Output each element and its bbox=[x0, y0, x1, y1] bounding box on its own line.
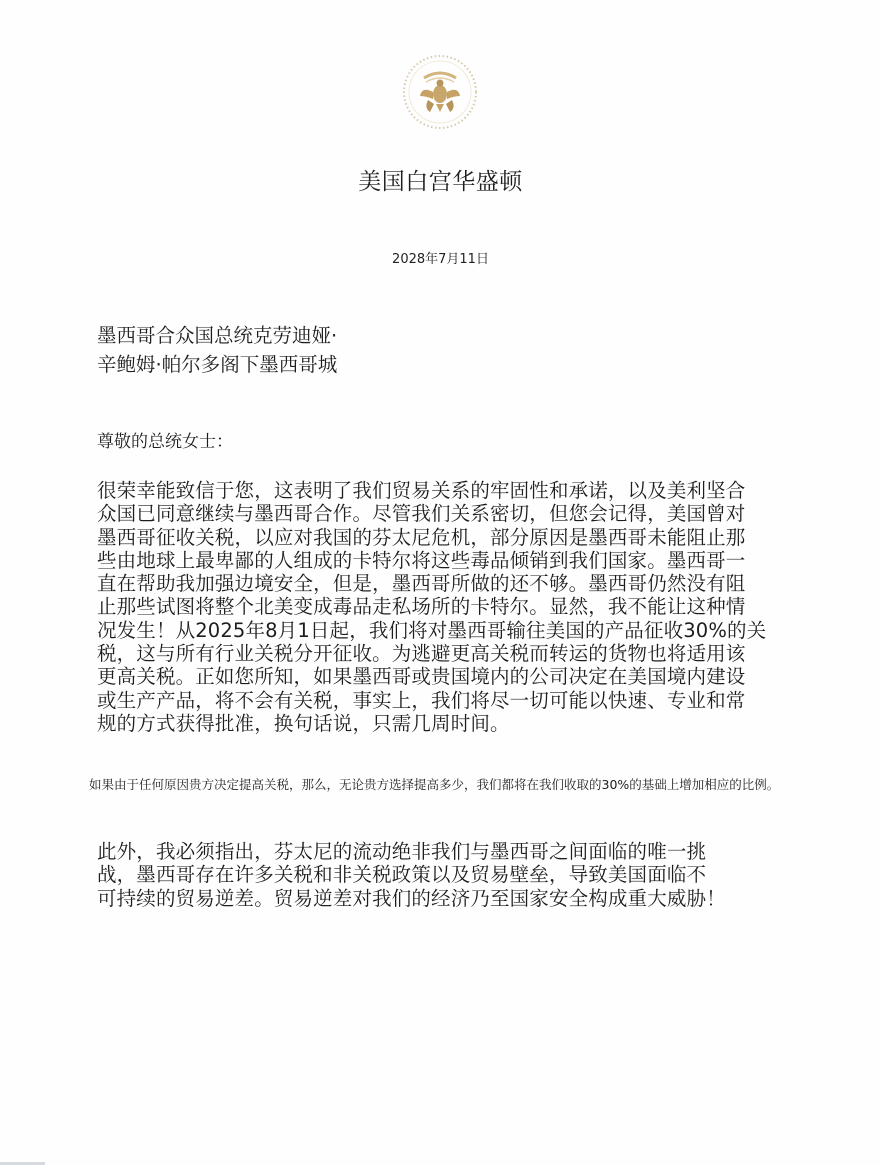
presidential-seal-icon bbox=[400, 52, 480, 132]
body-paragraph-1: 很荣幸能致信于您，这表明了我们贸易关系的牢固性和承诺，以及美利坚合 众国已同意继… bbox=[97, 479, 809, 735]
paragraph-line: 况发生！从2025年8月1日起，我们将对墨西哥输往美国的产品征收30%的关 bbox=[97, 619, 809, 642]
paragraph-line: 可持续的贸易逆差。贸易逆差对我们的经济乃至国家安全构成重大威胁！ bbox=[97, 887, 809, 910]
paragraph-line: 止那些试图将整个北美变成毒品走私场所的卡特尔。显然，我不能让这种情 bbox=[97, 595, 809, 618]
paragraph-line: 众国已同意继续与墨西哥合作。尽管我们关系密切，但您会记得，美国曾对 bbox=[97, 502, 809, 525]
paragraph-line: 墨西哥征收关税，以应对我国的芬太尼危机，部分原因是墨西哥未能阻止那 bbox=[97, 526, 809, 549]
paragraph-line: 直在帮助我加强边境安全，但是，墨西哥所做的还不够。墨西哥仍然没有阻 bbox=[97, 572, 809, 595]
recipient-line: 墨西哥合众国总统克劳迪娅· bbox=[97, 321, 497, 350]
recipient-address: 墨西哥合众国总统克劳迪娅· 辛鲍姆·帕尔多阁下墨西哥城 bbox=[97, 321, 497, 379]
recipient-line: 辛鲍姆·帕尔多阁下墨西哥城 bbox=[97, 350, 497, 379]
paragraph-line: 些由地球上最卑鄙的人组成的卡特尔将这些毒品倾销到我们国家。墨西哥一 bbox=[97, 549, 809, 572]
paragraph-line: 规的方式获得批准，换句话说，只需几周时间。 bbox=[97, 712, 809, 735]
paragraph-line: 此外，我必须指出，芬太尼的流动绝非我们与墨西哥之间面临的唯一挑 bbox=[97, 840, 809, 863]
paragraph-line: 很荣幸能致信于您，这表明了我们贸易关系的牢固性和承诺，以及美利坚合 bbox=[97, 479, 809, 502]
body-paragraph-3: 此外，我必须指出，芬太尼的流动绝非我们与墨西哥之间面临的唯一挑 战，墨西哥存在许… bbox=[97, 840, 809, 910]
letter-page: 美国白宫华盛顿 2028年7月11日 墨西哥合众国总统克劳迪娅· 辛鲍姆·帕尔多… bbox=[0, 0, 881, 1165]
letterhead-title: 美国白宫华盛顿 bbox=[0, 163, 881, 196]
paragraph-line: 战，墨西哥存在许多关税和非关税政策以及贸易壁垒，导致美国面临不 bbox=[97, 863, 809, 886]
salutation: 尊敬的总统女士： bbox=[97, 427, 233, 452]
paragraph-line: 税，这与所有行业关税分开征收。为逃避更高关税而转运的货物也将适用该 bbox=[97, 642, 809, 665]
paragraph-line: 或生产产品，将不会有关税，事实上，我们将尽一切可能以快速、专业和常 bbox=[97, 689, 809, 712]
letter-date: 2028年7月11日 bbox=[0, 248, 881, 267]
paragraph-line: 更高关税。正如您所知，如果墨西哥或贵国境内的公司决定在美国境内建设 bbox=[97, 665, 809, 688]
body-paragraph-2: 如果由于任何原因贵方决定提高关税，那么，无论贵方选择提高多少，我们都将在我们收取… bbox=[89, 775, 809, 794]
